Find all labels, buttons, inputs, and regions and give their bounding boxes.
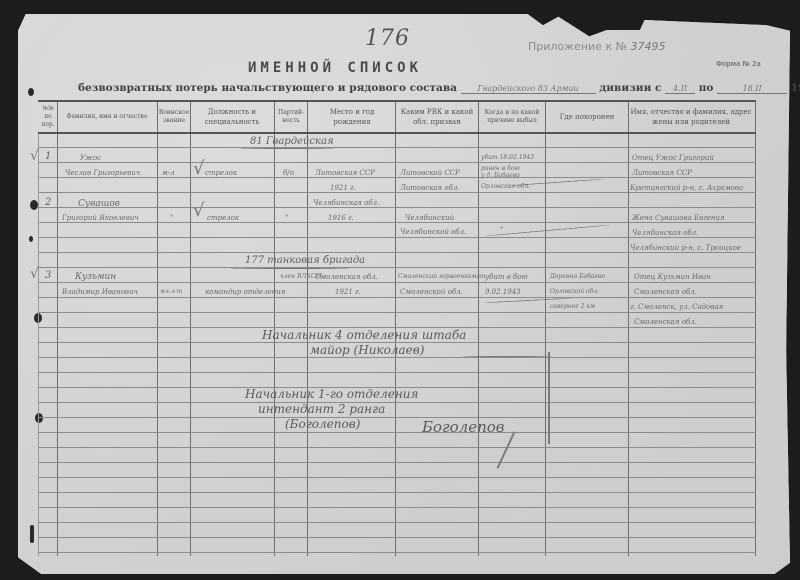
kin-line-1: Отец Ужос Григорий bbox=[632, 154, 714, 162]
head-title: Начальник 1-го отделения bbox=[245, 387, 418, 401]
col-header-num: №№ по пор. bbox=[39, 102, 57, 132]
col-header-position: Должность и специальность bbox=[192, 102, 272, 132]
rvk-line-2: Челябинской обл. bbox=[400, 228, 466, 236]
row-line bbox=[38, 192, 756, 193]
col-header-when: Когда и по какой причине выбыл bbox=[480, 102, 544, 132]
col-header-kin: Имя, отчество и фамилия, адрес жены или … bbox=[630, 102, 752, 132]
kin-line-2: Смоленская обл. bbox=[634, 288, 697, 296]
birth-year: 1916 г. bbox=[328, 214, 354, 222]
head-name: (Боголепов) bbox=[285, 417, 360, 431]
birth-year: 1921 г. bbox=[330, 184, 356, 192]
rank: мл.л-т bbox=[160, 288, 182, 295]
date-from-field: 4.II bbox=[665, 84, 695, 94]
when-line-2: ранен в бою bbox=[481, 165, 520, 172]
unit-field: Гвардейского 83 Армии bbox=[461, 84, 596, 94]
row-line bbox=[38, 252, 756, 253]
row-line bbox=[38, 357, 756, 358]
row-line bbox=[38, 297, 756, 298]
row-line bbox=[38, 177, 756, 178]
rank: " bbox=[170, 214, 173, 222]
handwritten-signature: Боголепов bbox=[422, 418, 505, 436]
rank: м-л bbox=[162, 169, 175, 177]
kin-line-3: г. Смоленск, ул. Садовая bbox=[630, 303, 723, 311]
row-number: 2 bbox=[45, 197, 51, 208]
check-mark-icon: √ bbox=[30, 266, 39, 282]
when-line-1: " bbox=[500, 226, 503, 234]
row-line bbox=[38, 207, 756, 208]
section-header: 177 танковая бригада bbox=[245, 255, 365, 266]
name-patronymic: Чеслав Григорьевич bbox=[65, 169, 140, 177]
when-line-3: у д. Бабаево bbox=[481, 172, 520, 179]
column-divider bbox=[545, 100, 546, 556]
check-mark-icon: √ bbox=[193, 158, 204, 179]
position: стрелок bbox=[205, 169, 237, 177]
check-mark-icon: √ bbox=[193, 200, 204, 221]
column-divider bbox=[190, 100, 191, 556]
name-patronymic: Григорий Яковлевич bbox=[62, 214, 139, 222]
stamp-number: 37495 bbox=[631, 40, 666, 53]
col-header-party: Партий-ность bbox=[275, 102, 307, 132]
row-line bbox=[38, 402, 756, 403]
row-line bbox=[38, 432, 756, 433]
row-number: 3 bbox=[45, 270, 51, 281]
col-header-birth: Место и год рождения bbox=[310, 102, 394, 132]
row-number: 1 bbox=[45, 151, 51, 162]
punch-hole bbox=[30, 200, 38, 210]
row-line bbox=[38, 447, 756, 448]
row-line bbox=[38, 417, 756, 418]
row-line bbox=[38, 522, 756, 523]
row-line bbox=[38, 312, 756, 313]
appendix-stamp: Приложение к № 37495 bbox=[528, 40, 666, 53]
buried-line-1: Деревня Бабаево bbox=[550, 273, 605, 280]
position: стрелок bbox=[207, 214, 239, 222]
bracket-stroke bbox=[548, 352, 550, 444]
buried-line-3: севернее 2 км bbox=[550, 303, 595, 310]
section-header: 81 Гвардейская bbox=[250, 136, 334, 147]
row-line bbox=[38, 162, 756, 163]
punch-hole bbox=[30, 525, 34, 543]
col-header-buried: Где похоронен bbox=[547, 102, 627, 132]
kin-line-4: Смоленская обл. bbox=[634, 318, 697, 326]
punch-hole bbox=[29, 236, 33, 242]
row-line bbox=[38, 462, 756, 463]
document-subtitle: безвозвратных потерь начальствующего и р… bbox=[78, 82, 800, 94]
row-line bbox=[38, 237, 756, 238]
row-line bbox=[38, 492, 756, 493]
birth-place: Челябинская обл. bbox=[313, 199, 379, 207]
row-line bbox=[38, 477, 756, 478]
division-label: дивизии с bbox=[599, 82, 661, 94]
when-line-1: убит в бою bbox=[485, 273, 528, 281]
table-top-border bbox=[38, 100, 756, 102]
row-line bbox=[38, 552, 756, 553]
stamp-label: Приложение к № bbox=[528, 40, 631, 53]
year-prefix: 19 bbox=[791, 82, 800, 94]
torn-corner bbox=[580, 8, 650, 30]
signature-stroke bbox=[462, 356, 552, 357]
column-divider bbox=[628, 100, 629, 556]
header-bottom-border bbox=[38, 132, 756, 134]
rvk-line-2: Смоленской обл. bbox=[400, 288, 463, 296]
rvk-line-2: Литовская обл. bbox=[400, 184, 460, 192]
kin-line-1: Отец Кузьмин Иван bbox=[634, 273, 711, 281]
row-line bbox=[38, 147, 756, 148]
rvk-line-1: Литовской ССР bbox=[400, 169, 460, 177]
when-line-2: 9.02.1943 bbox=[485, 288, 521, 296]
row-line bbox=[38, 282, 756, 283]
kin-line-3: Кретингский р-н, с. Ахрамово bbox=[630, 184, 743, 192]
column-divider bbox=[478, 100, 479, 556]
buried-line-2: Орловской обл. bbox=[550, 288, 599, 295]
underline-stroke bbox=[240, 148, 335, 149]
surname: Кузьмин bbox=[75, 272, 116, 282]
col-header-rank: Воинское звание bbox=[158, 102, 190, 132]
surname: Сувашов bbox=[78, 199, 120, 209]
name-patronymic: Владимир Иванович bbox=[62, 288, 138, 296]
rvk-line-1: Смоленский горвоенкомат bbox=[398, 273, 486, 280]
chief-title: Начальник 4 отделения штаба bbox=[262, 328, 466, 342]
row-line bbox=[38, 372, 756, 373]
chief-name: майор (Николаев) bbox=[310, 343, 424, 357]
check-mark-icon: √ bbox=[30, 148, 39, 164]
birth-place: Смоленская обл. bbox=[315, 273, 378, 281]
column-divider bbox=[157, 100, 158, 556]
row-line bbox=[38, 537, 756, 538]
row-line bbox=[38, 222, 756, 223]
archive-page-number: 176 bbox=[365, 26, 410, 51]
kin-line-2: Челябинская обл. bbox=[632, 229, 698, 237]
head-rank: интендант 2 ранга bbox=[258, 402, 385, 416]
surname: Ужос bbox=[80, 154, 101, 162]
column-divider bbox=[57, 100, 58, 556]
col-header-rvk: Каким РВК и какой обл. призван bbox=[397, 102, 477, 132]
form-number: Форма № 2а bbox=[716, 60, 761, 68]
document-title: ИМЕННОЙ СПИСОК bbox=[248, 60, 422, 76]
col-header-name: Фамилия, имя и отчество bbox=[58, 102, 156, 132]
underline-stroke bbox=[230, 268, 350, 269]
party: б/п bbox=[283, 169, 294, 177]
date-to-field: 18.II bbox=[717, 84, 787, 94]
punch-hole bbox=[28, 88, 34, 96]
when-line-1: убит 18.02.1943 bbox=[481, 154, 534, 161]
row-line bbox=[38, 267, 756, 268]
rvk-line-1: Челябинский bbox=[405, 214, 454, 222]
birth-place: Литовская ССР bbox=[315, 169, 375, 177]
position: командир отделения bbox=[205, 288, 285, 296]
kin-line-3: Челябинский р-н, с. Троицкое bbox=[630, 244, 741, 252]
kin-line-2: Литовская ССР bbox=[632, 169, 692, 177]
row-line bbox=[38, 507, 756, 508]
kin-line-1: Жена Сувашова Евгения bbox=[632, 214, 725, 222]
column-divider bbox=[755, 100, 756, 556]
subtitle-prefix: безвозвратных потерь начальствующего и р… bbox=[78, 82, 457, 94]
to-label: по bbox=[699, 82, 714, 94]
party: " bbox=[285, 214, 288, 222]
birth-year: 1921 г. bbox=[335, 288, 361, 296]
